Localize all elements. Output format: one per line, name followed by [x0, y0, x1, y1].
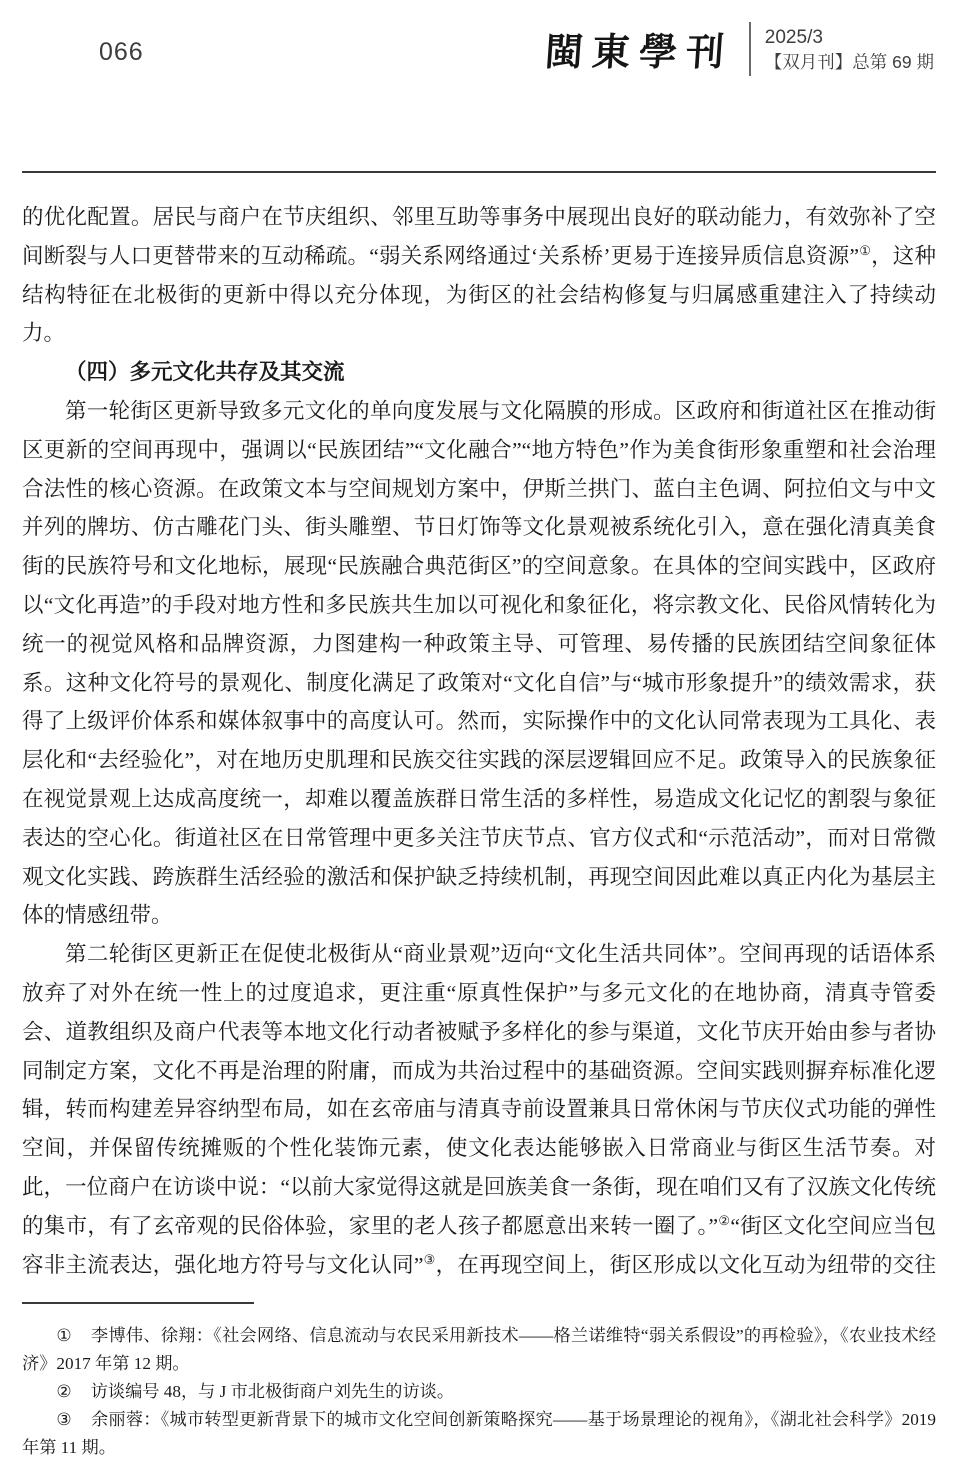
page-number: 066: [99, 38, 144, 67]
paragraph: 第二轮街区更新正在促使北极街从“商业景观”迈向“文化生活共同体”。空间再现的话语…: [22, 935, 936, 1288]
footnote-text: 访谈编号 48，与 J 市北极街商户刘先生的访谈。: [91, 1382, 454, 1401]
footnote-text: 李博伟、徐翔：《社会网络、信息流动与农民采用新技术——格兰诺维特“弱关系假设”的…: [22, 1326, 936, 1373]
footnote-item: ②访谈编号 48，与 J 市北极街商户刘先生的访谈。: [22, 1378, 936, 1406]
issue-detail: 【双月刊】总第 69 期: [765, 51, 934, 74]
issue-block: 2025/3 【双月刊】总第 69 期: [765, 25, 934, 74]
footnote-area: ①李博伟、徐翔：《社会网络、信息流动与农民采用新技术——格兰诺维特“弱关系假设”…: [22, 1302, 936, 1462]
footnote-ref: ②: [718, 1213, 730, 1228]
footnote-list: ①李博伟、徐翔：《社会网络、信息流动与农民采用新技术——格兰诺维特“弱关系假设”…: [22, 1322, 936, 1462]
issue-number: 2025/3: [765, 25, 934, 51]
paragraph: 的优化配置。居民与商户在节庆组织、邻里互助等事务中展现出良好的联动能力，有效弥补…: [22, 198, 936, 353]
masthead: 閩東學刊 2025/3 【双月刊】总第 69 期: [545, 22, 934, 76]
article-body: 的优化配置。居民与商户在节庆组织、邻里互助等事务中展现出良好的联动能力，有效弥补…: [22, 198, 936, 1288]
footnote-marker: ①: [56, 1326, 91, 1345]
footnote-ref: ③: [423, 1251, 435, 1266]
masthead-divider: [749, 22, 751, 76]
footnote-item: ①李博伟、徐翔：《社会网络、信息流动与农民采用新技术——格兰诺维特“弱关系假设”…: [22, 1322, 936, 1378]
footnote-marker: ③: [56, 1410, 91, 1429]
paragraph: 第一轮街区更新导致多元文化的单向度发展与文化隔膜的形成。区政府和街道社区在推动街…: [22, 392, 936, 935]
journal-title: 閩東學刊: [543, 33, 740, 71]
journal-page: 066 閩東學刊 2025/3 【双月刊】总第 69 期 的优化配置。居民与商户…: [0, 0, 958, 1476]
header-rule: [22, 171, 936, 173]
footnote-marker: ②: [56, 1382, 90, 1401]
footnote-item: ③余丽蓉：《城市转型更新背景下的城市文化空间创新策略探究——基于场景理论的视角》…: [22, 1406, 936, 1462]
section-heading: （四）多元文化共存及其交流: [22, 353, 936, 392]
footnote-separator: [22, 1302, 254, 1304]
footnote-ref: ①: [859, 243, 871, 258]
footnote-text: 余丽蓉：《城市转型更新背景下的城市文化空间创新策略探究——基于场景理论的视角》，…: [22, 1410, 936, 1457]
